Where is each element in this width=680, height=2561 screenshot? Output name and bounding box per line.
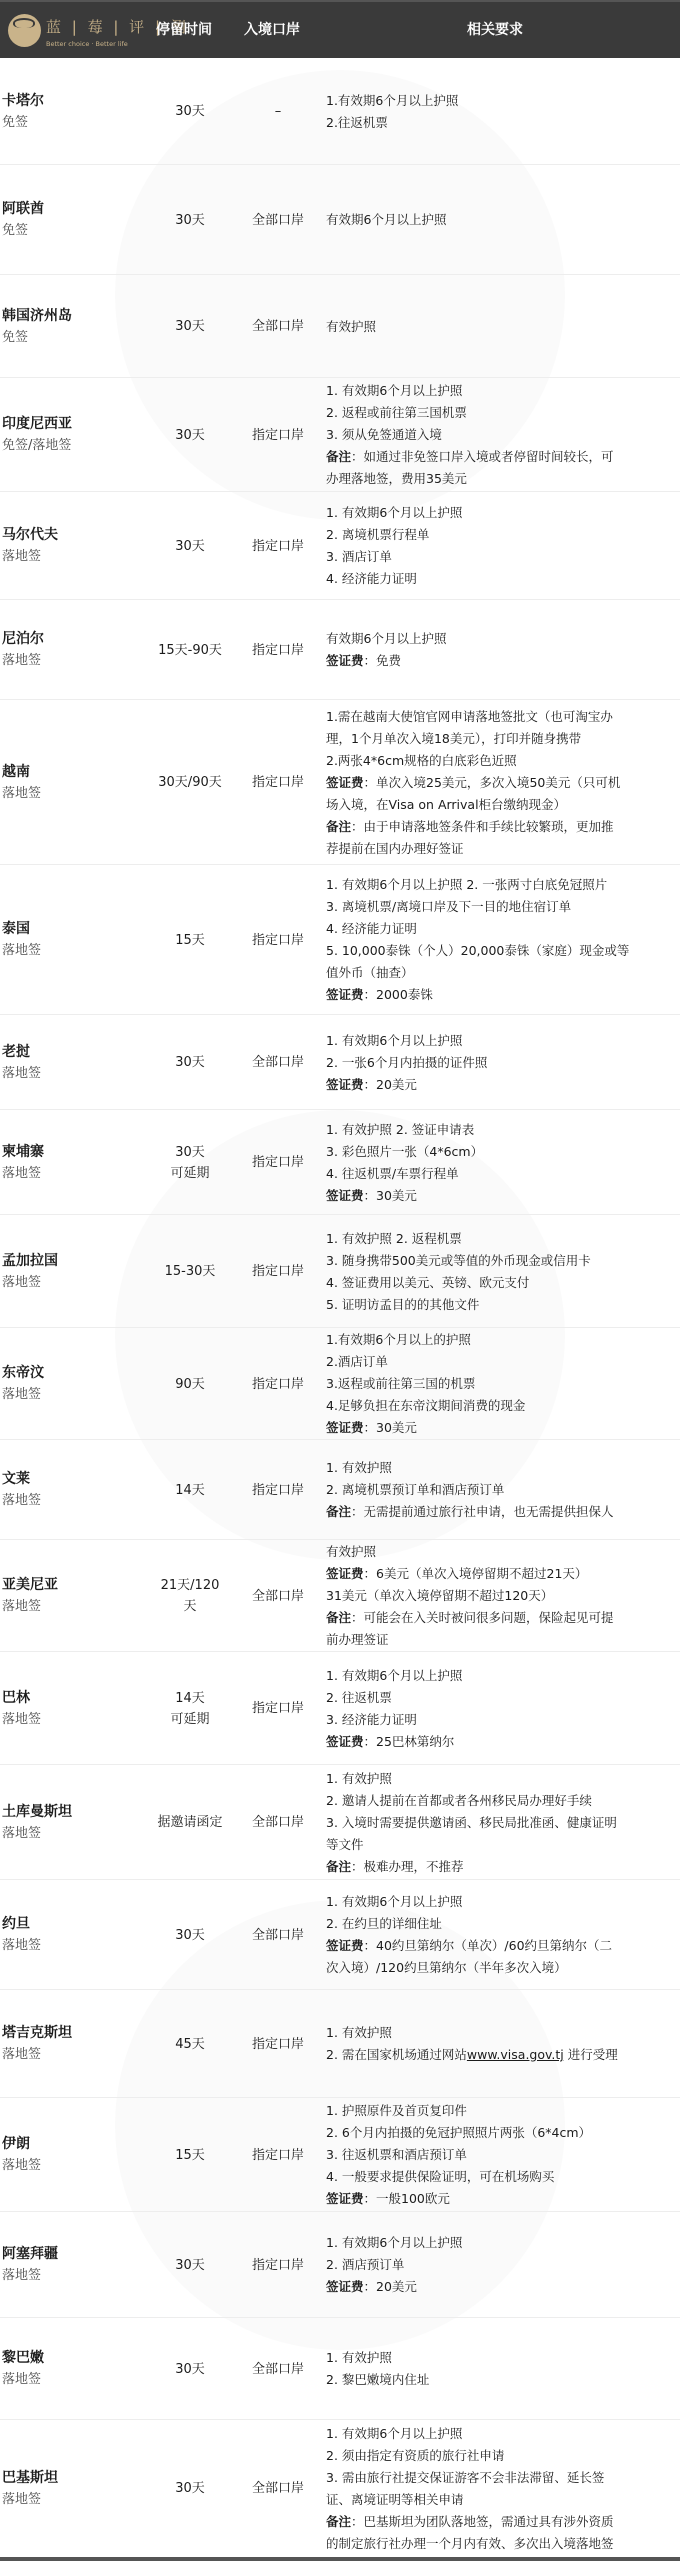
requirement-text: 4.足够负担在东帝汶期间消费的现金: [326, 1398, 525, 1413]
requirements-cell: 有效护照: [326, 316, 671, 338]
requirement-text: 2. 离境机票预订单和酒店预订单: [326, 1482, 504, 1497]
table-row: 泰国落地签15天指定口岸1. 有效期6个月以上护照 2. 一张两寸白底免冠照片3…: [0, 865, 680, 1015]
requirement-label: 备注: [326, 2514, 351, 2529]
country-name: 伊朗: [2, 2133, 142, 2155]
stay-duration: 15天-90天: [145, 640, 235, 661]
requirement-text: 1. 有效期6个月以上护照: [326, 383, 462, 398]
requirement-text: 3. 酒店订单: [326, 549, 392, 564]
country-name: 黎巴嫩: [2, 2347, 142, 2369]
requirement-line: 3. 离境机票/离境口岸及下一目的地住宿订单: [326, 896, 671, 918]
requirement-text: 免费: [376, 653, 401, 668]
entry-port: 指定口岸: [238, 2034, 318, 2055]
table-row: 韩国济州岛免签30天全部口岸有效护照: [0, 275, 680, 378]
requirement-text: 3. 离境机票/离境口岸及下一目的地住宿订单: [326, 899, 571, 914]
requirement-line: 1. 有效期6个月以上护照: [326, 380, 671, 402]
country-cell: 土库曼斯坦落地签: [2, 1801, 142, 1845]
requirement-text: 有效护照: [326, 319, 376, 334]
requirement-line: 3. 经济能力证明: [326, 1709, 671, 1731]
requirement-line: 有效期6个月以上护照: [326, 209, 671, 231]
requirement-text: 3. 往返机票和酒店预订单: [326, 2147, 467, 2162]
stay-duration: 30天: [145, 536, 235, 557]
requirement-text: 5. 证明访孟目的的其他文件: [326, 1297, 479, 1312]
requirement-line: 4.足够负担在东帝汶期间消费的现金: [326, 1395, 671, 1417]
requirement-line: 3. 往返机票和酒店预订单: [326, 2144, 671, 2166]
requirement-text: 6美元（单次入境停留期不超过21天）: [376, 1566, 587, 1581]
table-row: 文莱落地签14天指定口岸1. 有效护照2. 离境机票预订单和酒店预订单备注：无需…: [0, 1440, 680, 1540]
country-name: 印度尼西亚: [2, 413, 142, 435]
country-name: 亚美尼亚: [2, 1574, 142, 1596]
requirement-line: 2. 往返机票: [326, 1687, 671, 1709]
visa-type: 落地签: [2, 783, 142, 805]
requirement-line: 1. 有效护照: [326, 1768, 671, 1790]
requirement-text: 4. 一般要求提供保险证明，可在机场购买: [326, 2169, 554, 2184]
country-name: 阿塞拜疆: [2, 2243, 142, 2265]
requirement-text: 极难办理，不推荐: [364, 1859, 464, 1874]
requirements-cell: 1. 有效护照 2. 签证申请表3. 彩色照片一张（4*6cm）4. 往返机票/…: [326, 1119, 671, 1207]
requirement-text: 1. 有效期6个月以上护照: [326, 505, 462, 520]
requirement-line: 4. 往返机票/车票行程单: [326, 1163, 671, 1185]
requirement-line: 备注：由于申请落地签条件和手续比较繁琐，更加推: [326, 816, 671, 838]
requirement-line: 前办理签证: [326, 1629, 671, 1651]
requirement-line: 2. 在约旦的详细住址: [326, 1913, 671, 1935]
country-name: 柬埔寨: [2, 1141, 142, 1163]
country-cell: 东帝汶落地签: [2, 1362, 142, 1406]
country-cell: 伊朗落地签: [2, 2133, 142, 2177]
requirement-line: 签证费：30美元: [326, 1185, 671, 1207]
visa-type: 落地签: [2, 650, 142, 672]
requirements-cell: 1. 有效护照2. 黎巴嫩境内住址: [326, 2347, 671, 2391]
requirement-text: 场入境，在Visa on Arrival柜台缴纳现金）: [326, 797, 566, 812]
table-row: 阿联酋免签30天全部口岸有效期6个月以上护照: [0, 165, 680, 275]
requirement-line: 2. 须由指定有资质的旅行社申请: [326, 2445, 671, 2467]
requirement-label: 签证费: [326, 2279, 364, 2294]
entry-port: 指定口岸: [238, 425, 318, 446]
entry-port: 全部口岸: [238, 1925, 318, 1946]
table-row: 土库曼斯坦落地签据邀请函定全部口岸1. 有效护照2. 邀请人提前在首都或者各州移…: [0, 1765, 680, 1880]
country-name: 巴基斯坦: [2, 2467, 142, 2489]
requirement-text: 2. 返程或前往第三国机票: [326, 405, 467, 420]
requirement-line: 1. 有效期6个月以上护照: [326, 2423, 671, 2445]
stay-duration: 45天: [145, 2034, 235, 2055]
requirement-line: 签证费：20美元: [326, 1074, 671, 1096]
country-name: 越南: [2, 761, 142, 783]
requirement-text: 4. 签证费用以美元、英镑、欧元支付: [326, 1275, 529, 1290]
entry-port: –: [238, 101, 318, 122]
column-header-stay: 停留时间: [156, 19, 212, 39]
requirement-text: 4. 经济能力证明: [326, 571, 417, 586]
country-cell: 文莱落地签: [2, 1468, 142, 1512]
country-cell: 柬埔寨落地签: [2, 1141, 142, 1185]
requirement-line: 2. 黎巴嫩境内住址: [326, 2369, 671, 2391]
requirement-text: 1. 有效期6个月以上护照: [326, 1894, 462, 1909]
requirement-text: 次入境）/120约旦第纳尔（半年多次入境）: [326, 1960, 567, 1975]
requirement-line: 2.两张4*6cm规格的白底彩色近照: [326, 750, 671, 772]
stay-duration: 30天: [145, 1052, 235, 1073]
requirement-text: 理，1个月单次入境18美元），打印并随身携带: [326, 731, 581, 746]
stay-duration: 30天: [145, 2359, 235, 2380]
visa-type: 落地签: [2, 1596, 142, 1618]
requirement-line: 签证费：30美元: [326, 1417, 671, 1439]
requirement-text: 1. 有效期6个月以上护照: [326, 1033, 462, 1048]
requirement-line: 签证费：40约旦第纳尔（单次）/60约旦第纳尔（二: [326, 1935, 671, 1957]
requirement-line: 2. 酒店预订单: [326, 2254, 671, 2276]
requirement-label: 签证费: [326, 1077, 364, 1092]
entry-port: 指定口岸: [238, 1480, 318, 1501]
table-row: 塔吉克斯坦落地签45天指定口岸1. 有效护照2. 需在国家机场通过网站www.v…: [0, 1990, 680, 2098]
requirement-text: 1.有效期6个月以上护照: [326, 93, 458, 108]
requirements-cell: 有效期6个月以上护照: [326, 209, 671, 231]
entry-port: 全部口岸: [238, 2478, 318, 2499]
visa-type: 免签/落地签: [2, 435, 142, 457]
country-cell: 塔吉克斯坦落地签: [2, 2022, 142, 2066]
requirement-line: 3.返程或前往第三国的机票: [326, 1373, 671, 1395]
requirement-text: 1. 有效护照 2. 签证申请表: [326, 1122, 474, 1137]
requirement-text: 4. 往返机票/车票行程单: [326, 1166, 459, 1181]
requirement-line: 备注：无需提前通过旅行社申请，也无需提供担保人: [326, 1501, 671, 1523]
country-cell: 马尔代夫落地签: [2, 524, 142, 568]
requirement-text: 有效期6个月以上护照: [326, 631, 446, 646]
requirement-text: 可能会在入关时被问很多问题，保险起见可提: [364, 1610, 614, 1625]
visa-type: 落地签: [2, 1384, 142, 1406]
requirement-text: 30美元: [376, 1188, 417, 1203]
requirements-cell: 1. 有效期6个月以上护照2. 往返机票3. 经济能力证明签证费：25巴林第纳尔: [326, 1665, 671, 1753]
stay-duration: 30天: [145, 210, 235, 231]
visa-type: 落地签: [2, 1935, 142, 1957]
table-row: 印度尼西亚免签/落地签30天指定口岸1. 有效期6个月以上护照2. 返程或前往第…: [0, 378, 680, 492]
country-name: 文莱: [2, 1468, 142, 1490]
requirement-text: 1. 有效护照: [326, 2025, 392, 2040]
visa-type: 免签: [2, 112, 142, 134]
entry-port: 全部口岸: [238, 2359, 318, 2380]
requirement-line: 签证费：25巴林第纳尔: [326, 1731, 671, 1753]
requirement-line: 1.需在越南大使馆官网申请落地签批文（也可淘宝办: [326, 706, 671, 728]
requirement-text: 1.需在越南大使馆官网申请落地签批文（也可淘宝办: [326, 709, 613, 724]
requirement-line: 2. 返程或前往第三国机票: [326, 402, 671, 424]
requirement-line: 有效期6个月以上护照: [326, 628, 671, 650]
requirement-line: 3. 须从免签通道入境: [326, 424, 671, 446]
requirements-cell: 1. 有效护照2. 离境机票预订单和酒店预订单备注：无需提前通过旅行社申请，也无…: [326, 1457, 671, 1523]
visa-type: 落地签: [2, 1490, 142, 1512]
requirement-label: 签证费: [326, 1188, 364, 1203]
country-cell: 越南落地签: [2, 761, 142, 805]
requirement-line: 2. 邀请人提前在首都或者各州移民局办理好手续: [326, 1790, 671, 1812]
requirement-line: 签证费：免费: [326, 650, 671, 672]
requirement-text: 2. 在约旦的详细住址: [326, 1916, 442, 1931]
requirement-line: 1. 有效期6个月以上护照: [326, 2232, 671, 2254]
table-row: 黎巴嫩落地签30天全部口岸1. 有效护照2. 黎巴嫩境内住址: [0, 2318, 680, 2420]
requirement-line: 等文件: [326, 1834, 671, 1856]
requirement-line: 签证费：一般100欧元: [326, 2188, 671, 2210]
stay-duration: 30天: [145, 2255, 235, 2276]
column-header-requirements: 相关要求: [467, 19, 523, 39]
stay-duration: 据邀请函定: [145, 1812, 235, 1833]
country-cell: 老挝落地签: [2, 1041, 142, 1085]
requirement-text: 巴基斯坦为团队落地签，需通过具有涉外资质: [364, 2514, 614, 2529]
requirement-line: 场入境，在Visa on Arrival柜台缴纳现金）: [326, 794, 671, 816]
visa-type: 落地签: [2, 2155, 142, 2177]
requirement-line: 签证费：2000泰铢: [326, 984, 671, 1006]
requirement-text: 无需提前通过旅行社申请，也无需提供担保人: [364, 1504, 614, 1519]
requirement-text: 2. 黎巴嫩境内住址: [326, 2372, 429, 2387]
visa-type: 落地签: [2, 1823, 142, 1845]
entry-port: 指定口岸: [238, 930, 318, 951]
visa-type: 落地签: [2, 1163, 142, 1185]
requirement-text: 25巴林第纳尔: [376, 1734, 454, 1749]
requirements-cell: 1. 有效期6个月以上护照2. 离境机票行程单3. 酒店订单4. 经济能力证明: [326, 502, 671, 590]
requirement-label: 签证费: [326, 1566, 364, 1581]
requirement-text: 办理落地签，费用35美元: [326, 471, 467, 486]
stay-duration: 30天: [145, 425, 235, 446]
requirement-line: 2.往返机票: [326, 112, 671, 134]
requirement-text: 20美元: [376, 2279, 417, 2294]
requirement-line: 4. 经济能力证明: [326, 568, 671, 590]
requirement-text: 1.有效期6个月以上的护照: [326, 1332, 471, 1347]
requirement-text: 1. 有效期6个月以上护照 2. 一张两寸白底免冠照片: [326, 877, 607, 892]
requirement-line: 3. 彩色照片一张（4*6cm）: [326, 1141, 671, 1163]
requirement-line: 2.酒店订单: [326, 1351, 671, 1373]
stay-duration: 30天/90天: [145, 772, 235, 793]
country-name: 韩国济州岛: [2, 305, 142, 327]
table-row: 约旦落地签30天全部口岸1. 有效期6个月以上护照2. 在约旦的详细住址签证费：…: [0, 1880, 680, 1990]
requirement-text: 2.两张4*6cm规格的白底彩色近照: [326, 753, 517, 768]
entry-port: 指定口岸: [238, 1374, 318, 1395]
requirement-line: 1. 有效期6个月以上护照 2. 一张两寸白底免冠照片: [326, 874, 671, 896]
visa-type: 落地签: [2, 546, 142, 568]
requirement-text: 1. 有效期6个月以上护照: [326, 1668, 462, 1683]
requirement-text: 进行受理: [564, 2047, 618, 2062]
requirement-text: 2. 须由指定有资质的旅行社申请: [326, 2448, 504, 2463]
country-cell: 亚美尼亚落地签: [2, 1574, 142, 1618]
requirement-line: 2. 需在国家机场通过网站www.visa.gov.tj 进行受理: [326, 2044, 671, 2066]
country-cell: 巴基斯坦落地签: [2, 2467, 142, 2511]
requirement-line: 1. 有效护照: [326, 1457, 671, 1479]
country-name: 巴林: [2, 1687, 142, 1709]
stay-duration: 14天 可延期: [145, 1688, 235, 1730]
country-name: 阿联酋: [2, 198, 142, 220]
requirement-text: 2. 6个月内拍摄的免冠护照照片两张（6*4cm）: [326, 2125, 591, 2140]
country-cell: 约旦落地签: [2, 1913, 142, 1957]
stay-duration: 14天: [145, 1480, 235, 1501]
requirement-text: 20美元: [376, 1077, 417, 1092]
requirements-cell: 1. 有效护照2. 邀请人提前在首都或者各州移民局办理好手续3. 入境时需要提供…: [326, 1768, 671, 1878]
country-cell: 孟加拉国落地签: [2, 1250, 142, 1294]
requirements-cell: 1. 有效期6个月以上护照2. 须由指定有资质的旅行社申请3. 需由旅行社提交保…: [326, 2423, 671, 2555]
entry-port: 指定口岸: [238, 536, 318, 557]
requirements-cell: 1.有效期6个月以上的护照2.酒店订单3.返程或前往第三国的机票4.足够负担在东…: [326, 1329, 671, 1439]
stay-duration: 21天/120 天: [145, 1575, 235, 1617]
requirement-text: 证、离境证明等相关申请: [326, 2492, 464, 2507]
table-row: 柬埔寨落地签30天 可延期指定口岸1. 有效护照 2. 签证申请表3. 彩色照片…: [0, 1110, 680, 1215]
requirement-label: 签证费: [326, 1420, 364, 1435]
requirements-cell: 有效期6个月以上护照签证费：免费: [326, 628, 671, 672]
requirement-line: 理，1个月单次入境18美元），打印并随身携带: [326, 728, 671, 750]
entry-port: 指定口岸: [238, 1261, 318, 1282]
country-cell: 黎巴嫩落地签: [2, 2347, 142, 2391]
requirement-text: 1. 护照原件及首页复印件: [326, 2103, 467, 2118]
requirements-cell: 1. 有效期6个月以上护照2. 酒店预订单签证费：20美元: [326, 2232, 671, 2298]
stay-duration: 30天: [145, 1925, 235, 1946]
table-row: 阿塞拜疆落地签30天指定口岸1. 有效期6个月以上护照2. 酒店预订单签证费：2…: [0, 2212, 680, 2318]
entry-port: 指定口岸: [238, 2255, 318, 2276]
requirements-cell: 1. 有效期6个月以上护照2. 一张6个月内拍摄的证件照签证费：20美元: [326, 1030, 671, 1096]
requirement-text: 2. 邀请人提前在首都或者各州移民局办理好手续: [326, 1793, 592, 1808]
country-name: 土库曼斯坦: [2, 1801, 142, 1823]
visa-type: 落地签: [2, 1063, 142, 1085]
country-name: 卡塔尔: [2, 90, 142, 112]
country-cell: 韩国济州岛免签: [2, 305, 142, 349]
stay-duration: 90天: [145, 1374, 235, 1395]
requirement-line: 1.有效期6个月以上的护照: [326, 1329, 671, 1351]
requirement-text: 荐提前在国内办理好签证: [326, 841, 464, 856]
requirement-line: 3. 入境时需要提供邀请函、移民局批准函、健康证明: [326, 1812, 671, 1834]
requirement-text: 1. 有效护照: [326, 1771, 392, 1786]
requirement-line: 办理落地签，费用35美元: [326, 468, 671, 490]
requirement-text: 一般100欧元: [376, 2191, 450, 2206]
requirement-text: 等文件: [326, 1837, 364, 1852]
requirement-line: 荐提前在国内办理好签证: [326, 838, 671, 860]
entry-port: 全部口岸: [238, 1812, 318, 1833]
country-name: 约旦: [2, 1913, 142, 1935]
requirement-text: 2. 酒店预订单: [326, 2257, 404, 2272]
requirement-text: 31美元（单次入境停留期不超过120天）: [326, 1588, 553, 1603]
requirement-line: 3. 需由旅行社提交保证游客不会非法滞留、延长签: [326, 2467, 671, 2489]
requirement-text: 单次入境25美元，多次入境50美元（只可机: [376, 775, 620, 790]
visa-type: 免签: [2, 220, 142, 242]
requirement-line: 1. 有效期6个月以上护照: [326, 1891, 671, 1913]
country-name: 塔吉克斯坦: [2, 2022, 142, 2044]
requirement-line: 备注：可能会在入关时被问很多问题，保险起见可提: [326, 1607, 671, 1629]
visa-type: 落地签: [2, 2489, 142, 2511]
country-cell: 尼泊尔落地签: [2, 628, 142, 672]
country-cell: 泰国落地签: [2, 918, 142, 962]
table-row: 伊朗落地签15天指定口岸1. 护照原件及首页复印件2. 6个月内拍摄的免冠护照照…: [0, 2098, 680, 2212]
requirement-line: 2. 离境机票行程单: [326, 524, 671, 546]
stay-duration: 30天: [145, 2478, 235, 2499]
requirement-line: 1.有效期6个月以上护照: [326, 90, 671, 112]
requirement-label: 签证费: [326, 653, 364, 668]
requirement-text: 如通过非免签口岸入境或者停留时间较长，可: [364, 449, 614, 464]
requirements-cell: 1. 有效期6个月以上护照2. 在约旦的详细住址签证费：40约旦第纳尔（单次）/…: [326, 1891, 671, 1979]
requirement-line: 备注：巴基斯坦为团队落地签，需通过具有涉外资质: [326, 2511, 671, 2533]
requirement-line: 备注：如通过非免签口岸入境或者停留时间较长，可: [326, 446, 671, 468]
requirement-line: 5. 证明访孟目的的其他文件: [326, 1294, 671, 1316]
table-header: 蓝 | 莓 | 评 | 测 Better choice · Better lif…: [0, 0, 680, 58]
country-cell: 阿联酋免签: [2, 198, 142, 242]
stay-duration: 30天: [145, 316, 235, 337]
requirement-text: 3. 入境时需要提供邀请函、移民局批准函、健康证明: [326, 1815, 617, 1830]
blueberry-icon: [8, 14, 41, 47]
requirement-line: 1. 有效期6个月以上护照: [326, 1030, 671, 1052]
requirement-text: 2.酒店订单: [326, 1354, 388, 1369]
requirements-cell: 1. 有效期6个月以上护照2. 返程或前往第三国机票3. 须从免签通道入境备注：…: [326, 380, 671, 490]
requirement-label: 签证费: [326, 987, 364, 1002]
stay-duration: 30天: [145, 101, 235, 122]
requirement-text: 3. 彩色照片一张（4*6cm）: [326, 1144, 483, 1159]
requirement-line: 签证费：单次入境25美元，多次入境50美元（只可机: [326, 772, 671, 794]
requirement-label: 备注: [326, 449, 351, 464]
country-name: 泰国: [2, 918, 142, 940]
entry-port: 全部口岸: [238, 210, 318, 231]
requirement-line: 1. 有效期6个月以上护照: [326, 502, 671, 524]
requirement-text: 1. 有效期6个月以上护照: [326, 2426, 462, 2441]
requirement-line: 证、离境证明等相关申请: [326, 2489, 671, 2511]
table-row: 老挝落地签30天全部口岸1. 有效期6个月以上护照2. 一张6个月内拍摄的证件照…: [0, 1015, 680, 1110]
requirement-text: 1. 有效护照 2. 返程机票: [326, 1231, 462, 1246]
requirement-text: 1. 有效护照: [326, 2350, 392, 2365]
requirement-line: 有效护照: [326, 1541, 671, 1563]
requirement-text: 2.往返机票: [326, 115, 388, 130]
requirement-text: 4. 经济能力证明: [326, 921, 417, 936]
requirements-cell: 1. 有效期6个月以上护照 2. 一张两寸白底免冠照片3. 离境机票/离境口岸及…: [326, 874, 671, 1006]
country-cell: 阿塞拜疆落地签: [2, 2243, 142, 2287]
requirement-label: 备注: [326, 1859, 351, 1874]
requirements-cell: 1.有效期6个月以上护照2.往返机票: [326, 90, 671, 134]
requirement-line: 5. 10,000泰铢（个人）20,000泰铢（家庭）现金或等: [326, 940, 671, 962]
requirement-line: 1. 有效期6个月以上护照: [326, 1665, 671, 1687]
requirement-text: 5. 10,000泰铢（个人）20,000泰铢（家庭）现金或等: [326, 943, 629, 958]
requirement-text: 3. 随身携带500美元或等值的外币现金或信用卡: [326, 1253, 591, 1268]
requirement-text: 2000泰铢: [376, 987, 433, 1002]
visa-website-link[interactable]: www.visa.gov.tj: [467, 2047, 564, 2062]
table-row: 马尔代夫落地签30天指定口岸1. 有效期6个月以上护照2. 离境机票行程单3. …: [0, 492, 680, 600]
table-row: 卡塔尔免签30天–1.有效期6个月以上护照2.往返机票: [0, 58, 680, 165]
requirement-line: 4. 签证费用以美元、英镑、欧元支付: [326, 1272, 671, 1294]
entry-port: 全部口岸: [238, 316, 318, 337]
entry-port: 全部口岸: [238, 1052, 318, 1073]
logo-slogan: Better choice · Better life: [46, 40, 128, 48]
requirement-text: 2. 离境机票行程单: [326, 527, 429, 542]
requirement-text: 3.返程或前往第三国的机票: [326, 1376, 475, 1391]
requirement-line: 1. 有效护照 2. 返程机票: [326, 1228, 671, 1250]
country-name: 东帝汶: [2, 1362, 142, 1384]
requirements-cell: 1. 有效护照 2. 返程机票3. 随身携带500美元或等值的外币现金或信用卡4…: [326, 1228, 671, 1316]
requirement-text: 3. 需由旅行社提交保证游客不会非法滞留、延长签: [326, 2470, 604, 2485]
requirement-text: 有效护照: [326, 1544, 376, 1559]
requirement-text: 3. 经济能力证明: [326, 1712, 417, 1727]
stay-duration: 30天 可延期: [145, 1142, 235, 1184]
visa-type: 落地签: [2, 2369, 142, 2391]
country-cell: 卡塔尔免签: [2, 90, 142, 134]
requirements-cell: 1.需在越南大使馆官网申请落地签批文（也可淘宝办理，1个月单次入境18美元），打…: [326, 706, 671, 860]
bottom-border: [0, 2557, 680, 2561]
entry-port: 全部口岸: [238, 1586, 318, 1607]
entry-port: 指定口岸: [238, 772, 318, 793]
requirement-text: 30美元: [376, 1420, 417, 1435]
requirement-line: 次入境）/120约旦第纳尔（半年多次入境）: [326, 1957, 671, 1979]
requirement-text: 前办理签证: [326, 1632, 389, 1647]
requirement-line: 3. 随身携带500美元或等值的外币现金或信用卡: [326, 1250, 671, 1272]
requirement-text: 1. 有效期6个月以上护照: [326, 2235, 462, 2250]
entry-port: 指定口岸: [238, 2145, 318, 2166]
requirement-text: 的制定旅行社办理一个月内有效、多次出入境落地签: [326, 2536, 614, 2551]
country-cell: 巴林落地签: [2, 1687, 142, 1731]
country-name: 孟加拉国: [2, 1250, 142, 1272]
requirement-line: 31美元（单次入境停留期不超过120天）: [326, 1585, 671, 1607]
requirement-line: 签证费：20美元: [326, 2276, 671, 2298]
entry-port: 指定口岸: [238, 640, 318, 661]
visa-type: 落地签: [2, 1709, 142, 1731]
requirement-line: 1. 护照原件及首页复印件: [326, 2100, 671, 2122]
requirement-label: 备注: [326, 819, 351, 834]
requirement-line: 1. 有效护照: [326, 2347, 671, 2369]
visa-type: 落地签: [2, 2044, 142, 2066]
table-row: 孟加拉国落地签15-30天指定口岸1. 有效护照 2. 返程机票3. 随身携带5…: [0, 1215, 680, 1328]
stay-duration: 15天: [145, 930, 235, 951]
table-row: 亚美尼亚落地签21天/120 天全部口岸有效护照签证费：6美元（单次入境停留期不…: [0, 1540, 680, 1652]
stay-duration: 15-30天: [145, 1261, 235, 1282]
requirement-line: 2. 一张6个月内拍摄的证件照: [326, 1052, 671, 1074]
requirement-text: 2. 一张6个月内拍摄的证件照: [326, 1055, 487, 1070]
